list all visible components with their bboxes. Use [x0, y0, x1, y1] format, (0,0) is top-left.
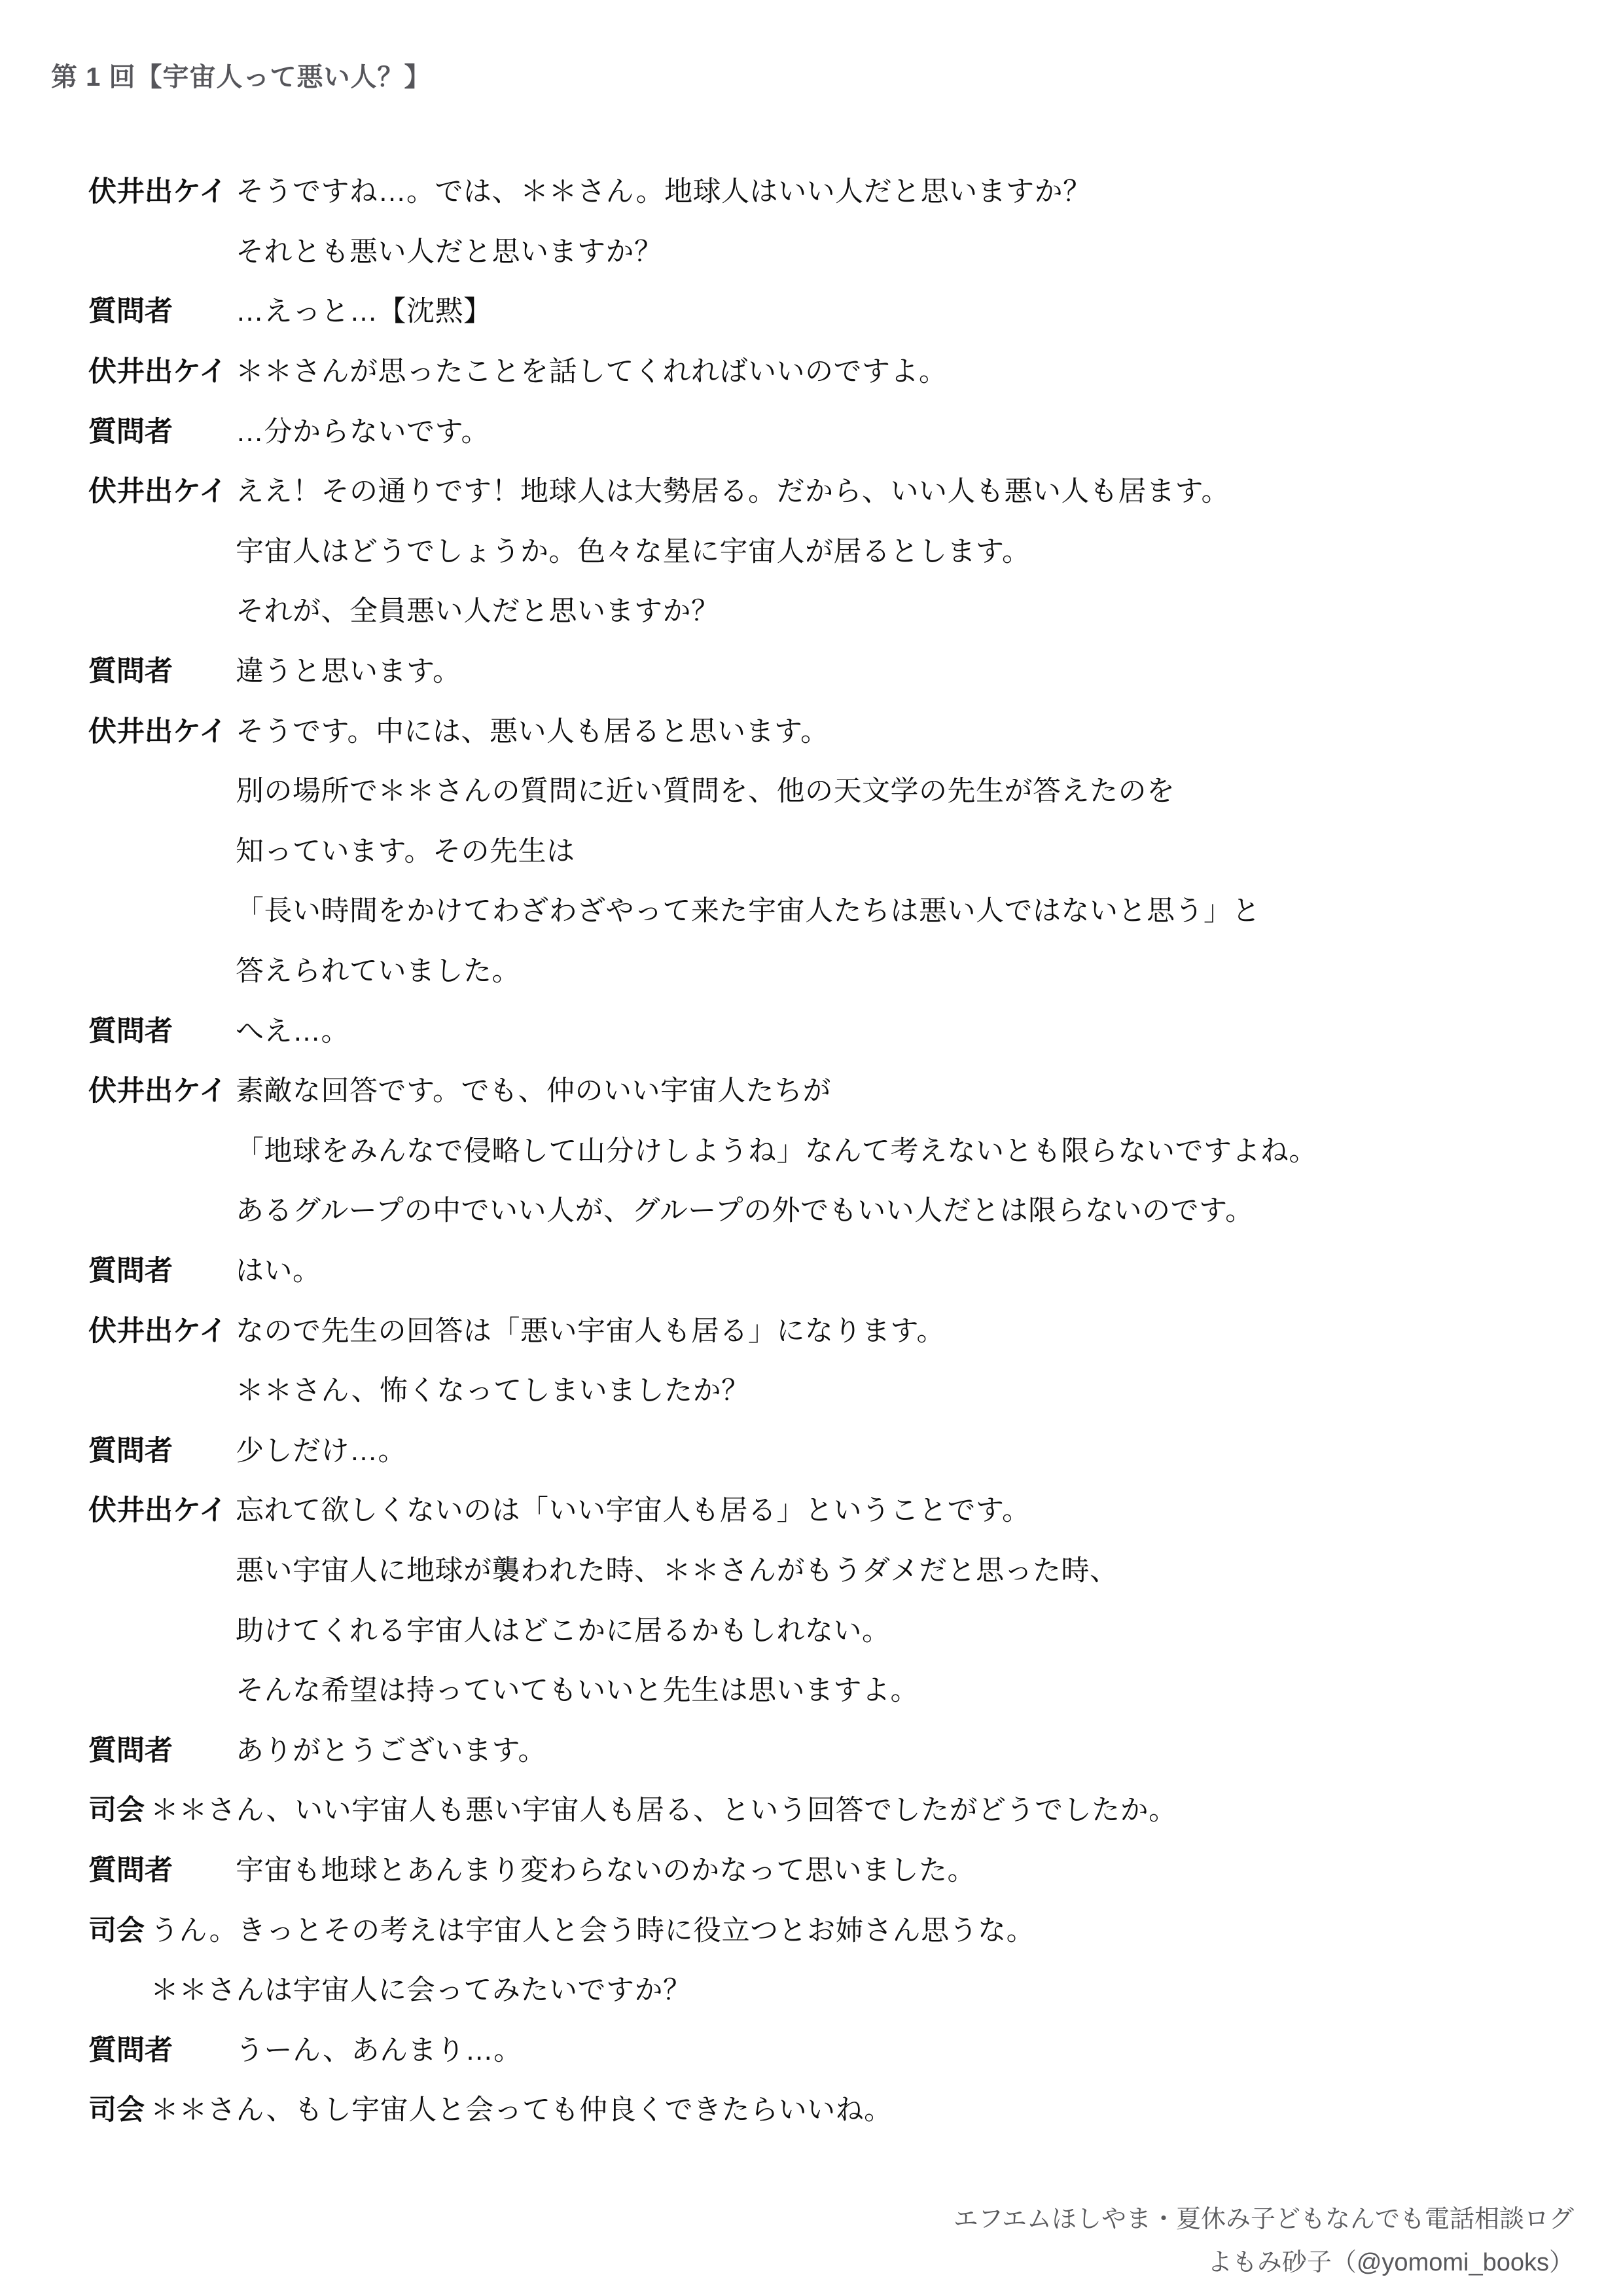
dialogue-text: あるグループの中でいい人が、グループの外でもいい人だとは限らないのです。 — [236, 1189, 1254, 1229]
dialogue-text: 少しだけ…。 — [236, 1429, 406, 1469]
dialogue-text: はい。 — [236, 1249, 321, 1289]
speaker-label: 伏井出ケイ — [88, 709, 236, 749]
dialogue-text: ＊＊さんは宇宙人に会ってみたいですか？ — [151, 1968, 692, 2008]
speaker-label: 質問者 — [88, 1009, 236, 1049]
page-title: 第 1 回【宇宙人って悪い人？】 — [51, 56, 431, 94]
document-page: 第 1 回【宇宙人って悪い人？】 伏井出ケイそうですね…。では、＊＊さん。地球人… — [0, 0, 1623, 2296]
dialogue-text: 知っています。その先生は — [236, 829, 575, 869]
dialogue-line: 質問者…分からないです。 — [88, 399, 1574, 459]
speaker-label: 質問者 — [88, 1848, 236, 1888]
speaker-label: 司会 — [88, 2088, 151, 2128]
dialogue-text: そうです。中には、悪い人も居ると思います。 — [236, 709, 829, 749]
dialogue-text: へえ…。 — [236, 1009, 349, 1049]
dialogue-line: 質問者…えっと…【沈黙】 — [88, 279, 1574, 340]
dialogue-line: あるグループの中でいい人が、グループの外でもいい人だとは限らないのです。 — [88, 1179, 1574, 1239]
dialogue-text: 別の場所で＊＊さんの質問に近い質問を、他の天文学の先生が答えたのを — [236, 769, 1175, 809]
dialogue-text: 素敵な回答です。でも、仲のいい宇宙人たちが — [236, 1069, 831, 1109]
dialogue-text: 宇宙人はどうでしょうか。色々な星に宇宙人が居るとします。 — [236, 529, 1031, 569]
dialogue-line: 伏井出ケイええ！その通りです！地球人は大勢居る。だから、いい人も悪い人も居ます。 — [88, 459, 1574, 520]
dialogue-line: 悪い宇宙人に地球が襲われた時、＊＊さんがもうダメだと思った時、 — [88, 1539, 1574, 1599]
dialogue-line: ＊＊さんは宇宙人に会ってみたいですか？ — [88, 1958, 1574, 2018]
dialogue-line: 伏井出ケイ＊＊さんが思ったことを話してくれればいいのですよ。 — [88, 340, 1574, 400]
dialogue-line: 伏井出ケイそうです。中には、悪い人も居ると思います。 — [88, 699, 1574, 759]
dialogue-text: …えっと…【沈黙】 — [236, 289, 492, 329]
dialogue-text: うーん、あんまり…。 — [236, 2028, 522, 2068]
speaker-label: 質問者 — [88, 410, 236, 450]
footer-credit: エフエムほしやま・夏休み子どもなんでも電話相談ログ よもみ砂子（@yomomi_… — [954, 2198, 1574, 2284]
speaker-label: 伏井出ケイ — [88, 350, 236, 389]
dialogue-text: うん。きっとその考えは宇宙人と会う時に役立つとお姉さん思うな。 — [151, 1909, 1035, 1948]
dialogue-text: ＊＊さん、怖くなってしまいましたか？ — [236, 1369, 750, 1408]
speaker-label: 質問者 — [88, 1249, 236, 1289]
dialogue-text: 違うと思います。 — [236, 649, 461, 689]
dialogue-text: 助けてくれる宇宙人はどこかに居るかもしれない。 — [236, 1609, 891, 1649]
dialogue-line: 「長い時間をかけてわざわざやって来た宇宙人たちは悪い人ではないと思う」と — [88, 879, 1574, 939]
speaker-label: 司会 — [88, 1788, 151, 1828]
speaker-label: 伏井出ケイ — [88, 1309, 236, 1349]
speaker-label: 質問者 — [88, 649, 236, 689]
dialogue-line: 質問者少しだけ…。 — [88, 1418, 1574, 1479]
dialogue-line: 質問者違うと思います。 — [88, 639, 1574, 700]
dialogue-text: 宇宙も地球とあんまり変わらないのかなって思いました。 — [236, 1848, 976, 1888]
dialogue-text: ええ！その通りです！地球人は大勢居る。だから、いい人も悪い人も居ます。 — [236, 469, 1230, 509]
dialogue-line: 宇宙人はどうでしょうか。色々な星に宇宙人が居るとします。 — [88, 520, 1574, 580]
dialogue-line: 質問者へえ…。 — [88, 999, 1574, 1059]
dialogue-line: そんな希望は持っていてもいいと先生は思いますよ。 — [88, 1659, 1574, 1719]
dialogue-text: ＊＊さん、もし宇宙人と会っても仲良くできたらいいね。 — [151, 2088, 893, 2128]
speaker-label: 質問者 — [88, 2028, 236, 2068]
dialogue-line: それが、全員悪い人だと思いますか？ — [88, 579, 1574, 639]
dialogue-line: ＊＊さん、怖くなってしまいましたか？ — [88, 1359, 1574, 1419]
dialogue-text: そうですね…。では、＊＊さん。地球人はいい人だと思いますか？ — [236, 170, 1092, 209]
speaker-label: 司会 — [88, 1909, 151, 1948]
dialogue-line: 司会＊＊さん、いい宇宙人も悪い宇宙人も居る、という回答でしたがどうでしたか。 — [88, 1778, 1574, 1839]
dialogue-line: 司会うん。きっとその考えは宇宙人と会う時に役立つとお姉さん思うな。 — [88, 1898, 1574, 1958]
dialogue-line: 助けてくれる宇宙人はどこかに居るかもしれない。 — [88, 1598, 1574, 1659]
dialogue-text: 悪い宇宙人に地球が襲われた時、＊＊さんがもうダメだと思った時、 — [236, 1549, 1118, 1588]
dialogue-line: 伏井出ケイなので先生の回答は「悪い宇宙人も居る」になります。 — [88, 1299, 1574, 1359]
dialogue-line: 伏井出ケイ素敵な回答です。でも、仲のいい宇宙人たちが — [88, 1059, 1574, 1119]
transcript: 伏井出ケイそうですね…。では、＊＊さん。地球人はいい人だと思いますか？それとも悪… — [88, 160, 1574, 2138]
dialogue-text: ＊＊さんが思ったことを話してくれればいいのですよ。 — [236, 350, 948, 389]
dialogue-text: それが、全員悪い人だと思いますか？ — [236, 589, 720, 629]
dialogue-line: それとも悪い人だと思いますか？ — [88, 220, 1574, 280]
dialogue-line: 答えられていました。 — [88, 939, 1574, 999]
dialogue-text: なので先生の回答は「悪い宇宙人も居る」になります。 — [236, 1309, 945, 1349]
dialogue-text: 「地球をみんなで侵略して山分けしようね」なんて考えないとも限らないですよね。 — [236, 1129, 1317, 1169]
dialogue-text: 答えられていました。 — [236, 949, 520, 989]
dialogue-line: 別の場所で＊＊さんの質問に近い質問を、他の天文学の先生が答えたのを — [88, 759, 1574, 819]
speaker-label: 伏井出ケイ — [88, 1069, 236, 1109]
speaker-label: 質問者 — [88, 1729, 236, 1768]
footer-source-line: エフエムほしやま・夏休み子どもなんでも電話相談ログ — [954, 2198, 1574, 2241]
speaker-label: 伏井出ケイ — [88, 469, 236, 509]
dialogue-line: 質問者宇宙も地球とあんまり変わらないのかなって思いました。 — [88, 1839, 1574, 1899]
dialogue-text: そんな希望は持っていてもいいと先生は思いますよ。 — [236, 1668, 919, 1708]
dialogue-text: ＊＊さん、いい宇宙人も悪い宇宙人も居る、という回答でしたがどうでしたか。 — [151, 1788, 1177, 1828]
dialogue-line: 質問者ありがとうございます。 — [88, 1718, 1574, 1778]
dialogue-text: …分からないです。 — [236, 410, 490, 450]
dialogue-line: 伏井出ケイ忘れて欲しくないのは「いい宇宙人も居る」ということです。 — [88, 1479, 1574, 1539]
dialogue-text: それとも悪い人だと思いますか？ — [236, 230, 663, 270]
dialogue-line: 「地球をみんなで侵略して山分けしようね」なんて考えないとも限らないですよね。 — [88, 1119, 1574, 1179]
speaker-label: 質問者 — [88, 289, 236, 329]
dialogue-text: 忘れて欲しくないのは「いい宇宙人も居る」ということです。 — [236, 1488, 1031, 1528]
speaker-label: 質問者 — [88, 1429, 236, 1469]
speaker-label: 伏井出ケイ — [88, 170, 236, 209]
dialogue-text: 「長い時間をかけてわざわざやって来た宇宙人たちは悪い人ではないと思う」と — [236, 889, 1260, 929]
dialogue-line: 伏井出ケイそうですね…。では、＊＊さん。地球人はいい人だと思いますか？ — [88, 160, 1574, 220]
speaker-label: 伏井出ケイ — [88, 1488, 236, 1528]
dialogue-line: 質問者うーん、あんまり…。 — [88, 2018, 1574, 2078]
dialogue-line: 知っています。その先生は — [88, 819, 1574, 880]
footer-author-line: よもみ砂子（@yomomi_books） — [954, 2241, 1574, 2284]
dialogue-text: ありがとうございます。 — [236, 1729, 546, 1768]
dialogue-line: 質問者はい。 — [88, 1239, 1574, 1299]
dialogue-line: 司会＊＊さん、もし宇宙人と会っても仲良くできたらいいね。 — [88, 2078, 1574, 2138]
